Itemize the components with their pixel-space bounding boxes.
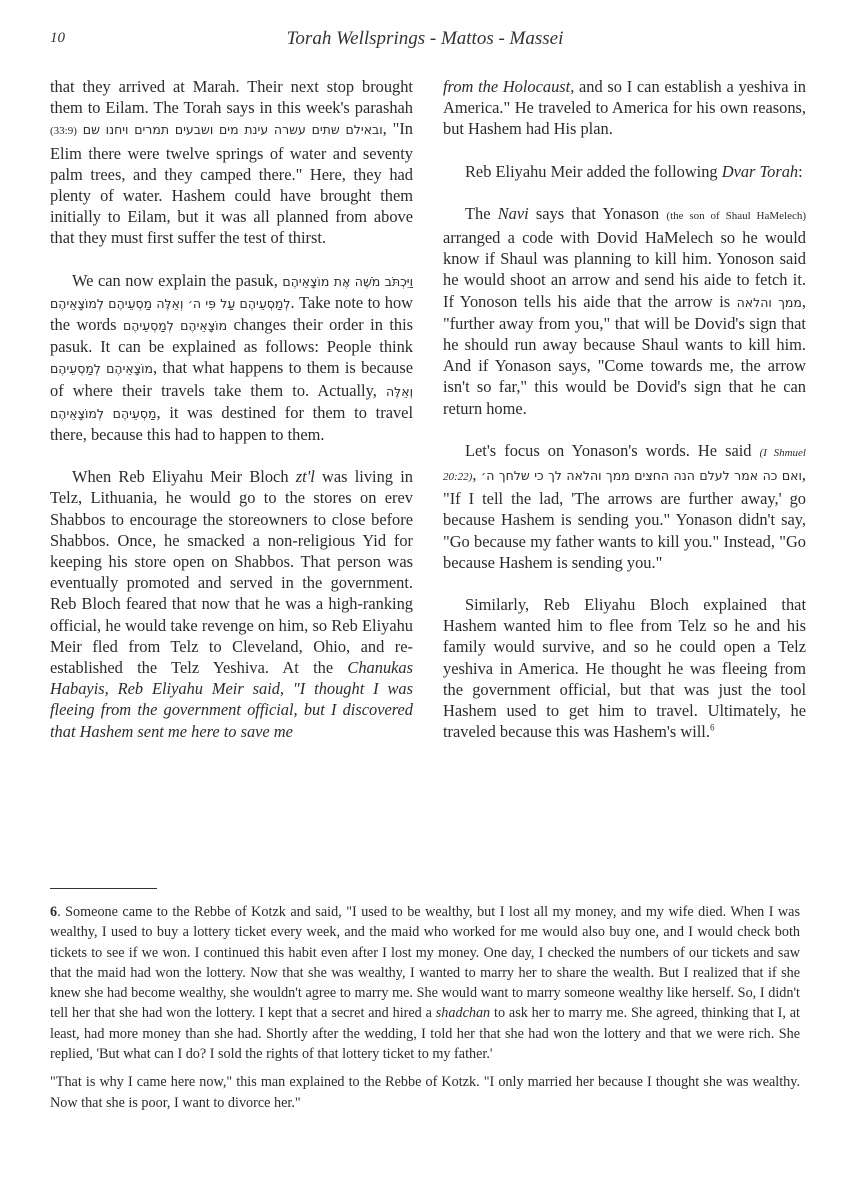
paragraph-pasuk-explanation: We can now explain the pasuk, וַיִּכְתֹּ… — [50, 270, 413, 446]
paragraph-yonason-code: The Navi says that Yonason (the son of S… — [443, 203, 806, 419]
paragraph-holocaust-continuation: from the Holocaust, and so I can establi… — [443, 76, 806, 140]
hebrew-quote: ממך והלאה — [737, 295, 802, 310]
footnote-reference[interactable]: 6 — [710, 723, 715, 733]
text: was living in Telz, Lithuania, he would … — [50, 467, 413, 677]
text: , "In Elim there were twelve springs of … — [50, 119, 413, 247]
paragraph-marah-eilam: that they arrived at Marah. Their next s… — [50, 76, 413, 249]
text: , — [472, 465, 481, 484]
text: The — [465, 204, 498, 223]
footnotes-section: 6. Someone came to the Rebbe of Kotzk an… — [50, 902, 800, 1121]
paragraph-dvar-torah-intro: Reb Eliyahu Meir added the following Dva… — [443, 161, 806, 182]
footnote-6: 6. Someone came to the Rebbe of Kotzk an… — [50, 902, 800, 1064]
text: . Someone came to the Rebbe of Kotzk and… — [50, 904, 800, 1021]
paragraph-yonason-words: Let's focus on Yonason's words. He said … — [443, 440, 806, 573]
text: that they arrived at Marah. Their next s… — [50, 77, 413, 117]
text: Similarly, Reb Eliyahu Bloch explained t… — [443, 595, 806, 741]
page-header: 10 Torah Wellsprings - Mattos - Massei — [50, 30, 800, 54]
text: : — [798, 162, 803, 181]
parenthetical-note: (the son of Shaul HaMelech) — [666, 210, 806, 222]
text: Reb Eliyahu Meir added the following — [465, 162, 722, 181]
paragraph-hashems-will: Similarly, Reb Eliyahu Bloch explained t… — [443, 594, 806, 742]
italic-text: Dvar Torah — [722, 162, 798, 181]
footnote-divider — [50, 888, 157, 889]
hebrew-quote: מוֹצָאֵיהֶם לְמַסְעֵיהֶם — [123, 318, 227, 333]
hebrew-quote: ובאילם שתים עשרה עינת מים ושבעים תמרים ו… — [83, 122, 383, 137]
verse-reference: (33:9) — [50, 125, 77, 137]
text: We can now explain the pasuk, — [72, 271, 282, 290]
text: Let's focus on Yonason's words. He said — [465, 441, 760, 460]
italic-text: Navi — [498, 204, 529, 223]
italic-text: shadchan — [436, 1005, 490, 1021]
italic-text: zt'l — [296, 467, 315, 486]
hebrew-quote: ואם כה אמר לעלם הנה החצים ממך והלאה לך כ… — [481, 468, 802, 483]
left-column: that they arrived at Marah. Their next s… — [50, 76, 413, 763]
right-column: from the Holocaust, and so I can establi… — [443, 76, 806, 763]
hebrew-quote: מוֹצָאֵיהֶם לְמַסְעֵיהֶם — [50, 361, 153, 376]
text: When Reb Eliyahu Meir Bloch — [72, 467, 296, 486]
text: says that Yonason — [529, 204, 667, 223]
footnote-6-continuation: "That is why I came here now," this man … — [50, 1072, 800, 1113]
italic-quote: from the Holocaust, — [443, 77, 574, 96]
running-title: Torah Wellsprings - Mattos - Massei — [50, 28, 800, 50]
paragraph-reb-bloch-story: When Reb Eliyahu Meir Bloch zt'l was liv… — [50, 466, 413, 742]
